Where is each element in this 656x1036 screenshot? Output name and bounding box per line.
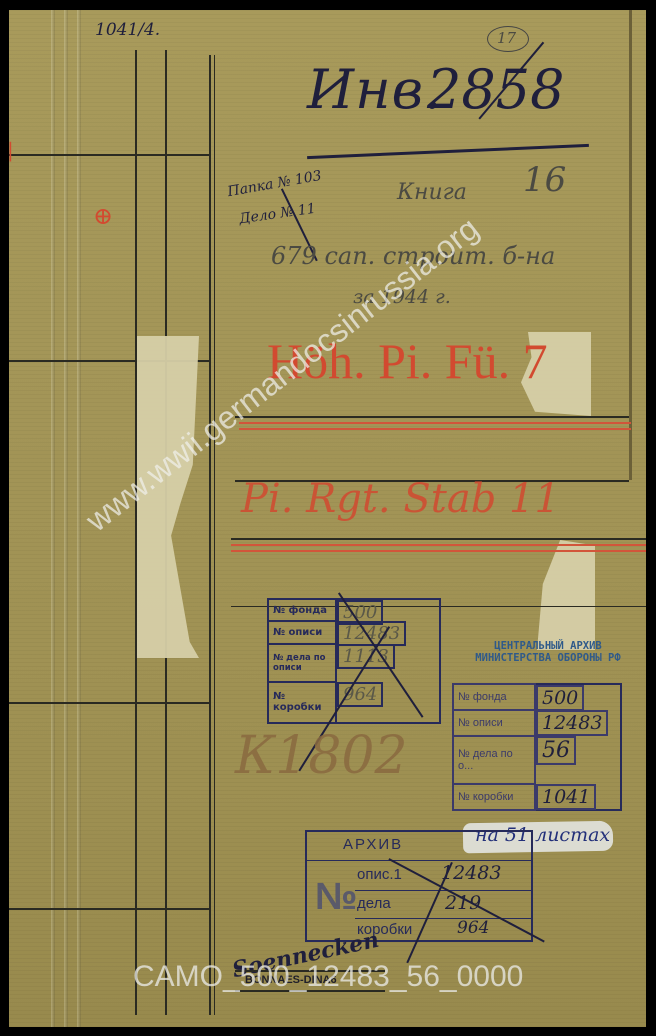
top-left-note: 1041/4. bbox=[95, 20, 160, 40]
archive-title-line2: МИНИСТЕРСТВА ОБОРОНЫ РФ bbox=[453, 652, 643, 664]
archive-label: № дела по о... bbox=[453, 736, 535, 784]
archive-value: 56 bbox=[536, 736, 576, 765]
circled-number: 17 bbox=[497, 29, 516, 47]
inventory-prefix: Инв. bbox=[307, 58, 442, 121]
bottom-id-watermark: CAMO_500_12483_56_0000 bbox=[133, 960, 523, 994]
title-rule bbox=[231, 538, 646, 540]
spine-fold bbox=[51, 10, 55, 1027]
red-margin-mark: | bbox=[9, 138, 14, 162]
double-rule bbox=[214, 55, 215, 1015]
title-rule bbox=[235, 416, 629, 418]
old-stamp-label: № дела по описи bbox=[268, 644, 336, 682]
old-stamp-value: 964 bbox=[337, 682, 383, 707]
flap-edge bbox=[629, 10, 632, 480]
red-title-rule bbox=[231, 544, 646, 546]
tape-strip bbox=[537, 540, 595, 650]
archive-stamp-value: 964 bbox=[457, 918, 489, 938]
number-sign: № bbox=[315, 876, 357, 919]
delo-note: Дело № 11 bbox=[238, 201, 316, 228]
archive-value: 500 bbox=[536, 685, 584, 711]
archive-stamp-header: АРХИВ bbox=[343, 836, 403, 853]
archive-value: 12483 bbox=[536, 710, 608, 736]
red-title-rule bbox=[231, 550, 646, 552]
grid-line bbox=[9, 702, 209, 704]
kniga-label: Книга bbox=[397, 180, 467, 205]
old-stamp-label: № фонда bbox=[268, 599, 336, 621]
red-title-rule bbox=[239, 428, 631, 430]
folder-cover: 1041/4. | ⊕ 17 Инв. 2858 Папка № 103 Дел… bbox=[9, 10, 646, 1027]
old-stamp-label: № описи bbox=[268, 621, 336, 643]
archive-stamp-label: опис.1 bbox=[357, 866, 402, 883]
archive-stamp-label: дела bbox=[357, 895, 391, 912]
red-title-rule bbox=[239, 422, 631, 424]
grid-line bbox=[9, 908, 209, 910]
archive-stamp-value: 219 bbox=[445, 892, 481, 914]
spine-fold bbox=[77, 10, 81, 1027]
archive-title-line1: ЦЕНТРАЛЬНЫЙ АРХИВ bbox=[453, 640, 643, 652]
archive-stamp-box: АРХИВ № опис.1 12483 дела 219 коробки 96… bbox=[305, 830, 533, 942]
crossed-circle-mark: ⊕ bbox=[93, 202, 113, 230]
central-archive-table: № фонда500 № описи12483 № дела по о...56… bbox=[452, 683, 622, 811]
archive-label: № описи bbox=[453, 710, 535, 736]
inventory-number: 2858 bbox=[427, 58, 564, 121]
grid-line bbox=[9, 154, 209, 156]
central-archive-title: ЦЕНТРАЛЬНЫЙ АРХИВ МИНИСТЕРСТВА ОБОРОНЫ Р… bbox=[453, 640, 643, 664]
underline-rule bbox=[307, 144, 589, 159]
kniga-number: 16 bbox=[523, 160, 566, 200]
papka-note: Папка № 103 bbox=[226, 168, 322, 200]
archive-label: № коробки bbox=[453, 784, 535, 810]
grid-line bbox=[135, 50, 137, 1015]
stamp-divider bbox=[355, 890, 531, 891]
spine-fold bbox=[64, 10, 68, 1027]
archive-label: № фонда bbox=[453, 684, 535, 710]
circled-number-badge: 17 bbox=[487, 26, 529, 52]
red-title-line2: Pi. Rgt. Stab 11 bbox=[241, 476, 560, 522]
stamp-divider bbox=[307, 860, 531, 861]
double-rule bbox=[209, 55, 211, 1015]
archive-value: 1041 bbox=[536, 784, 596, 810]
pencil-code: К1802 bbox=[235, 726, 408, 786]
old-stamp-label: № коробки bbox=[268, 682, 336, 723]
